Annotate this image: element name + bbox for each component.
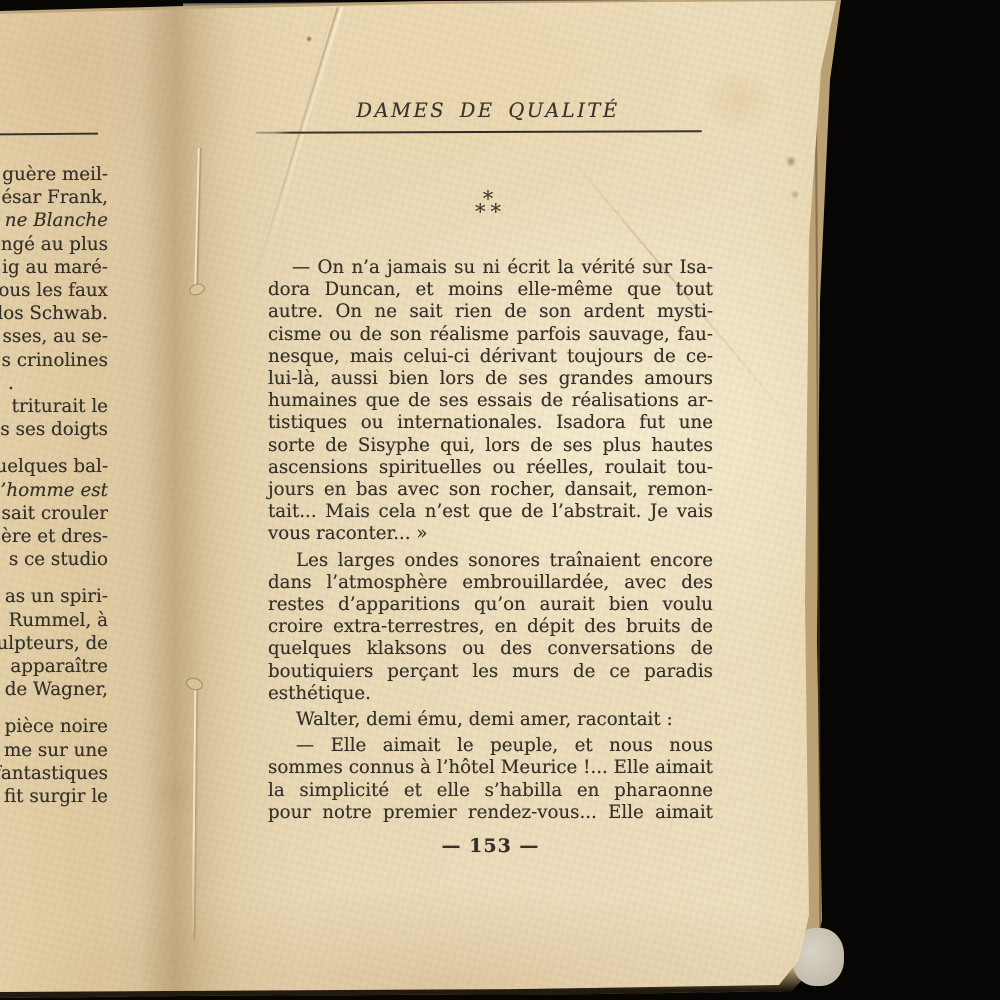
- text-line: Walter, demi ému, demi amer, racontait :: [268, 709, 713, 731]
- page-number: — 153 —: [268, 835, 713, 857]
- text-line: restes d’apparitions qu’on aurait bien v…: [268, 594, 713, 616]
- paper-stain: [790, 190, 800, 199]
- text-line: cisme ou de son réalisme parfois sauvage…: [268, 324, 713, 346]
- text-line: sommes connus à l’hôtel Meurice !... Ell…: [268, 757, 713, 779]
- paper-stain: [785, 156, 797, 167]
- paragraph: — Elle aimait le peuple, et nous noussom…: [268, 735, 713, 824]
- text-line: la simplicité et elle s’habilla en phara…: [268, 780, 713, 802]
- text-line: ig au maré-: [0, 256, 108, 279]
- text-line: esthétique.: [268, 683, 713, 705]
- text-line: uelques bal-: [0, 455, 108, 478]
- text-line: .: [0, 372, 108, 395]
- left-page-text-column: guère meil-ésar Frank,ne Blanchengé au p…: [0, 163, 108, 808]
- text-line: ngé au plus: [0, 233, 108, 256]
- paragraph: Les larges ondes sonores traînaient enco…: [268, 550, 713, 705]
- text-line: dans l’atmosphère embrouillardée, avec d…: [268, 572, 713, 594]
- text-line: s ses doigts: [0, 418, 108, 441]
- text-line: vous raconter... »: [268, 523, 713, 545]
- text-line: humaines que de ses essais de réalisatio…: [268, 390, 713, 412]
- text-line: ous les faux: [0, 279, 108, 302]
- text-line: — On n’a jamais su ni écrit la vérité su…: [268, 257, 713, 279]
- asterism-ornament: * **: [288, 193, 688, 219]
- running-header-title: DAMES DE QUALITÉ: [288, 99, 688, 122]
- body-column: — On n’a jamais su ni écrit la vérité su…: [268, 257, 713, 824]
- paper-stain: [700, 70, 780, 130]
- text-line: croire extra-terrestres, en dépit des br…: [268, 616, 713, 638]
- text-line: me sur une: [0, 739, 108, 762]
- gutter-shadow: [105, 0, 240, 1000]
- text-line: Rummel, à: [0, 609, 108, 632]
- text-line: los Schwab.: [0, 302, 108, 325]
- text-line: sses, au se-: [0, 325, 108, 348]
- left-page-header-rule: [0, 133, 98, 136]
- text-line: ne Blanche: [0, 209, 108, 232]
- text-line: tistiques ou internationales. Isadora fu…: [268, 412, 713, 434]
- text-line: as un spiri-: [0, 585, 108, 608]
- text-line: ascensions spirituelles ou réelles, roul…: [268, 457, 713, 479]
- text-line: fantastiques: [0, 762, 108, 785]
- text-line: de Wagner,: [0, 678, 108, 701]
- text-line: Les larges ondes sonores traînaient enco…: [268, 550, 713, 572]
- text-line: triturait le: [0, 395, 108, 418]
- paper-stain: [306, 36, 312, 42]
- text-line: ère et dres-: [0, 525, 108, 548]
- text-line: lui-là, aussi bien lors de ses grandes a…: [268, 368, 713, 390]
- text-line: — Elle aimait le peuple, et nous nous: [268, 735, 713, 757]
- text-line: quelques klaksons ou des conversations d…: [268, 638, 713, 660]
- text-line: apparaître: [0, 655, 108, 678]
- text-line: l’homme est: [0, 479, 108, 502]
- asterism-bottom: **: [288, 206, 688, 219]
- text-line: s crinolines: [0, 349, 108, 372]
- photo-background: guère meil-ésar Frank,ne Blanchengé au p…: [0, 0, 1000, 1000]
- left-page-fold-highlight: [259, 7, 343, 274]
- open-book-pages: guère meil-ésar Frank,ne Blanchengé au p…: [0, 0, 1000, 1000]
- text-line: s ce studio: [0, 548, 108, 571]
- text-line: tait... Mais cela n’est que de l’abstrai…: [268, 501, 713, 523]
- paragraph: Walter, demi ému, demi amer, racontait :: [268, 709, 713, 731]
- text-line: ulpteurs, de: [0, 632, 108, 655]
- text-line: jours en bas avec son rocher, dansait, r…: [268, 479, 713, 501]
- header-rule: [256, 130, 702, 134]
- text-line: fit surgir le: [0, 785, 108, 808]
- paragraph: — On n’a jamais su ni écrit la vérité su…: [268, 257, 713, 546]
- text-line: guère meil-: [0, 163, 108, 186]
- text-line: ésar Frank,: [0, 186, 108, 209]
- text-line: pièce noire: [0, 715, 108, 738]
- text-line: dora Duncan, et moins elle-même que tout: [268, 279, 713, 301]
- text-line: sait crouler: [0, 502, 108, 525]
- text-line: nesque, mais celui-ci dérivant toujours …: [268, 346, 713, 368]
- text-line: sorte de Sisyphe qui, lors de ses plus h…: [268, 435, 713, 457]
- text-line: pour notre premier rendez-vous... Elle a…: [268, 802, 713, 824]
- text-line: boutiquiers perçant les murs de ce parad…: [268, 661, 713, 683]
- text-line: autre. On ne sait rien de son ardent mys…: [268, 301, 713, 323]
- left-page-fold-crease: [255, 7, 339, 275]
